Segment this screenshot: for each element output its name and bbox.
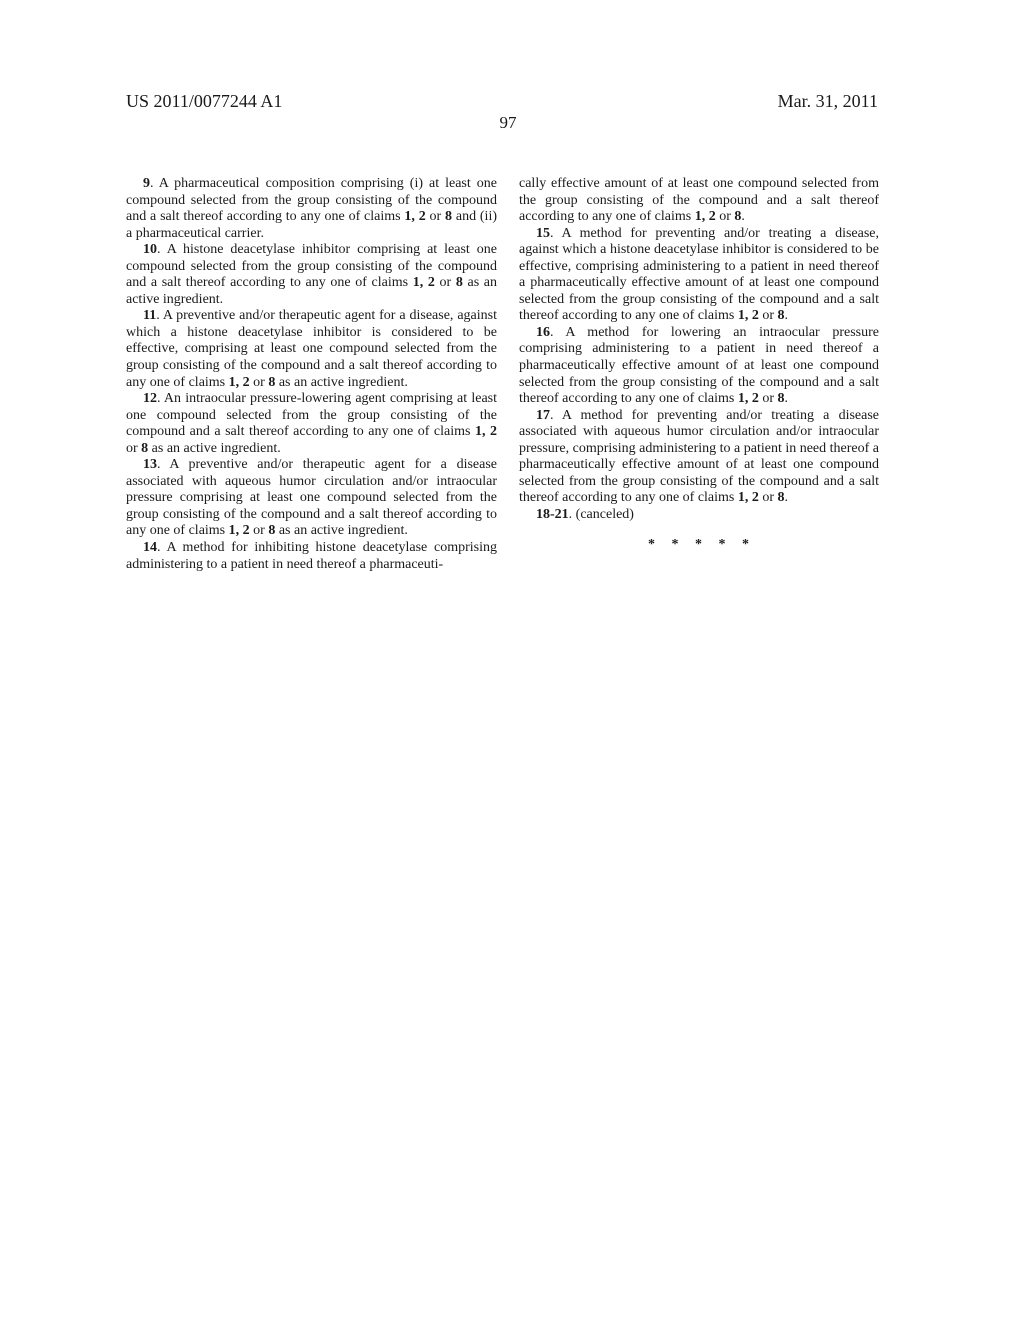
claim-17: 17. A method for preventing and/or treat…: [519, 408, 879, 507]
claim-reference: 1, 2: [738, 391, 759, 406]
publication-date: Mar. 31, 2011: [778, 91, 878, 111]
claims-18-21-canceled: 18-21. (canceled): [519, 507, 879, 524]
patent-document-page: US 2011/0077244 A1 Mar. 31, 2011 97 9. A…: [0, 0, 1024, 1320]
claim-text: or: [426, 209, 445, 224]
claims-column-right-paragraphs: cally effective amount of at least one c…: [519, 176, 879, 523]
claim-text: as an active ingredient.: [275, 375, 408, 390]
claim-text: as an active ingredient.: [148, 441, 281, 456]
claim-text: .: [785, 308, 789, 323]
publication-number: US 2011/0077244 A1: [126, 91, 282, 111]
claims-column-left: 9. A pharmaceutical composition comprisi…: [126, 176, 497, 573]
claim-number: 17: [536, 408, 550, 423]
claim-text: . An intraocular pressure-lowering agent…: [126, 391, 497, 439]
claim-number: 9: [143, 176, 150, 191]
claim-15: 15. A method for preventing and/or treat…: [519, 226, 879, 325]
claim-number: 18-21: [536, 507, 569, 522]
claim-number: 12: [143, 391, 157, 406]
claim-reference: 1, 2: [404, 209, 425, 224]
claim-number: 11: [143, 308, 156, 323]
claim-reference: 1, 2: [695, 209, 716, 224]
claim-number: 14: [143, 540, 157, 555]
claim-number: 10: [143, 242, 157, 257]
page-number: 97: [126, 113, 890, 133]
claim-reference: 8: [456, 275, 463, 290]
claim-9: 9. A pharmaceutical composition comprisi…: [126, 176, 497, 242]
claim-reference: 8: [445, 209, 452, 224]
claim-12: 12. An intraocular pressure-lowering age…: [126, 391, 497, 457]
claim-reference: 1, 2: [738, 308, 759, 323]
claim-11: 11. A preventive and/or therapeutic agen…: [126, 308, 497, 391]
claim-14-start: 14. A method for inhibiting histone deac…: [126, 540, 497, 573]
claim-reference: 1, 2: [229, 375, 250, 390]
claim-text: or: [126, 441, 141, 456]
claim-reference: 1, 2: [738, 490, 759, 505]
claim-text: as an active ingredient.: [275, 523, 408, 538]
claim-text: . A method for preventing and/or treatin…: [519, 408, 879, 506]
claim-text: or: [250, 523, 269, 538]
claim-13: 13. A preventive and/or therapeutic agen…: [126, 457, 497, 540]
claim-text: . A method for inhibiting histone deacet…: [126, 540, 497, 572]
claims-column-right: cally effective amount of at least one c…: [519, 176, 879, 573]
claim-text: or: [250, 375, 269, 390]
claim-number: 16: [536, 325, 550, 340]
claims-body: 9. A pharmaceutical composition comprisi…: [126, 176, 879, 573]
claim-text: .: [785, 490, 789, 505]
claim-10: 10. A histone deacetylase inhibitor comp…: [126, 242, 497, 308]
claim-number: 13: [143, 457, 157, 472]
claim-reference: 1, 2: [413, 275, 435, 290]
page-header: US 2011/0077244 A1 Mar. 31, 2011: [126, 91, 878, 111]
claim-reference: 1, 2: [475, 424, 497, 439]
claim-number: 15: [536, 226, 550, 241]
claim-text: .: [741, 209, 745, 224]
claim-14-continued: cally effective amount of at least one c…: [519, 176, 879, 226]
claim-text: . (canceled): [569, 507, 634, 522]
claim-reference: 1, 2: [229, 523, 250, 538]
claim-text: . A method for preventing and/or treatin…: [519, 226, 879, 324]
claim-text: or: [716, 209, 735, 224]
claim-text: or: [435, 275, 456, 290]
claim-16: 16. A method for lowering an intraocular…: [519, 325, 879, 408]
claim-text: or: [759, 490, 778, 505]
end-of-claims-asterisks: * * * * *: [519, 537, 879, 553]
claim-text: . A method for lowering an intraocular p…: [519, 325, 879, 406]
claim-text: or: [759, 308, 778, 323]
claim-reference: 8: [778, 391, 785, 406]
claim-reference: 8: [778, 308, 785, 323]
claim-text: or: [759, 391, 778, 406]
claim-text: .: [785, 391, 789, 406]
claim-reference: 8: [778, 490, 785, 505]
